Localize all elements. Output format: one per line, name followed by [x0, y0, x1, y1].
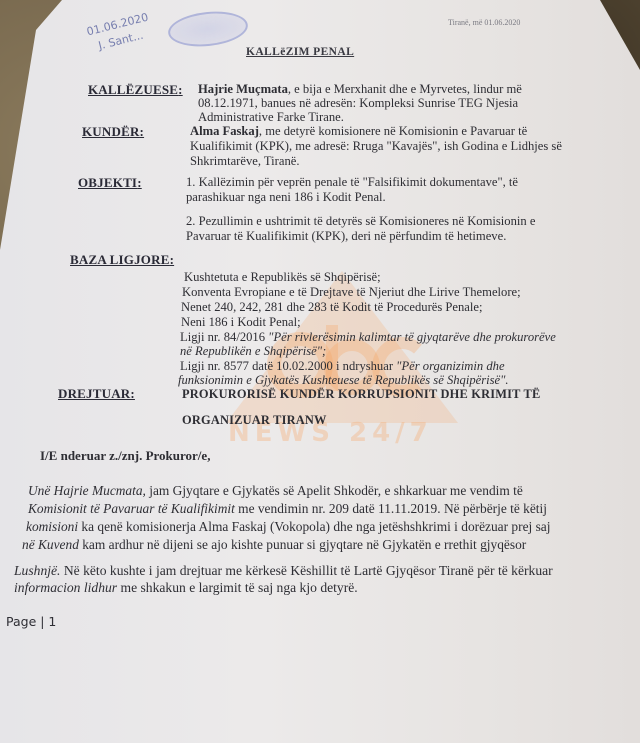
label-kallezuese: KALLËZUESE:	[88, 82, 183, 98]
kallezuese-line2: 08.12.1971, banues në adresën: Kompleksi…	[198, 96, 518, 111]
baza-law-2: Ligji nr. 8577 datë 10.02.2000 i ndryshu…	[180, 359, 505, 374]
paragraph-line1: Unë Hajrie Mucmata, jam Gjyqtare e Gjyka…	[28, 483, 523, 498]
objekti-item2-line2: Pavaruar të Kualifikimit (KPK), deri në …	[186, 229, 506, 244]
salutation: I/E nderuar z./znj. Prokuror/e,	[40, 448, 210, 463]
baza-line-2: Konventa Evropiane e të Drejtave të Njer…	[182, 285, 521, 300]
baza-line-1: Kushtetuta e Republikës së Shqipërisë;	[184, 270, 381, 285]
paragraph-line6: informacion lidhur me shkakun e largimit…	[14, 580, 358, 595]
drejtuar-line2: ORGANIZUAR TIRANW	[182, 413, 327, 428]
label-drejtuar: DREJTUAR:	[58, 386, 135, 402]
label-objekti: OBJEKTI:	[78, 175, 142, 191]
document-page: 01.06.2020 J. Sant... Tiranë, më 01.06.2…	[0, 0, 640, 743]
drejtuar-line1: PROKURORISË KUNDËR KORRUPSIONIT DHE KRIM…	[182, 387, 540, 402]
baza-line-4: Neni 186 i Kodit Penal;	[181, 315, 301, 330]
kunder-line3: Shkrimtarëve, Tiranë.	[190, 154, 299, 169]
objekti-item2-line1: 2. Pezullimin e ushtrimit të detyrës së …	[186, 214, 535, 229]
paragraph-line3: komisioni ka qenë komisionerja Alma Fask…	[26, 519, 550, 534]
baza-law-1-cont: në Republikën e Shqipërisë";	[180, 344, 326, 359]
document-date: Tiranë, më 01.06.2020	[448, 18, 520, 27]
label-kunder: KUNDËR:	[82, 124, 144, 140]
paragraph-line4: në Kuvend kam ardhur në dijeni se ajo ki…	[22, 537, 526, 552]
kunder-line1: Alma Faskaj, me detyrë komisionere në Ko…	[190, 124, 527, 139]
page-number: Page | 1	[6, 614, 56, 629]
baza-line-3: Nenet 240, 242, 281 dhe 283 të Kodit të …	[181, 300, 482, 315]
stamp-icon	[166, 8, 249, 50]
paragraph-line5: Lushnjë. Në këto kushte i jam drejtuar m…	[14, 563, 553, 578]
kallezuese-line1: Hajrie Muçmata, e bija e Merxhanit dhe e…	[198, 82, 522, 97]
kunder-line2: Kualifikimit (KPK), me adresë: Rruga "Ka…	[190, 139, 562, 154]
objekti-item1-line2: parashikuar nga neni 186 i Kodit Penal.	[186, 190, 386, 205]
kallezuese-line3: Administrative Farke Tirane.	[198, 110, 344, 125]
objekti-item1-line1: 1. Kallëzimin për veprën penale të "Fals…	[186, 175, 518, 190]
baza-law-1: Ligji nr. 84/2016 "Për rivlerësimin kali…	[180, 330, 556, 345]
label-baza-ligjore: BAZA LIGJORE:	[70, 252, 174, 268]
document-title: KALLëZIM PENAL	[246, 46, 354, 58]
paragraph-line2: Komisionit të Pavaruar të Kualifikimit m…	[28, 501, 547, 516]
baza-law-2-cont: funksionimin e Gjykatës Kushteuese të Re…	[178, 373, 509, 388]
